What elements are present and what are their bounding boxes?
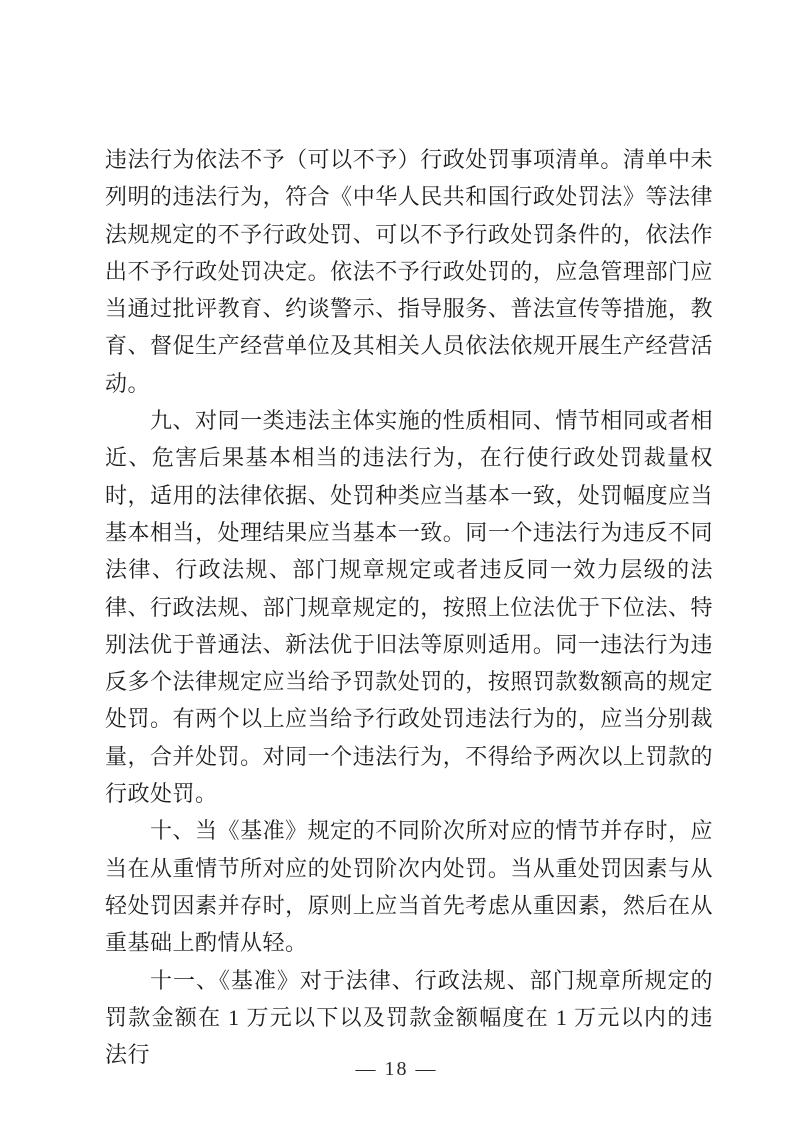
document-page: 违法行为依法不予（可以不予）行政处罚事项清单。清单中未列明的违法行为，符合《中华… bbox=[0, 0, 793, 1122]
page-number: — 18 — bbox=[0, 1058, 793, 1081]
paragraph-item-9: 九、对同一类违法主体实施的性质相同、情节相同或者相近、危害后果基本相当的违法行为… bbox=[105, 402, 713, 812]
paragraph-continuation: 违法行为依法不予（可以不予）行政处罚事项清单。清单中未列明的违法行为，符合《中华… bbox=[105, 141, 713, 402]
paragraph-item-11: 十一、《基准》对于法律、行政法规、部门规章所规定的罚款金额在 1 万元以下以及罚… bbox=[105, 962, 713, 1074]
paragraph-item-10: 十、当《基准》规定的不同阶次所对应的情节并存时，应当在从重情节所对应的处罚阶次内… bbox=[105, 812, 713, 961]
body-text: 违法行为依法不予（可以不予）行政处罚事项清单。清单中未列明的违法行为，符合《中华… bbox=[105, 141, 713, 1073]
